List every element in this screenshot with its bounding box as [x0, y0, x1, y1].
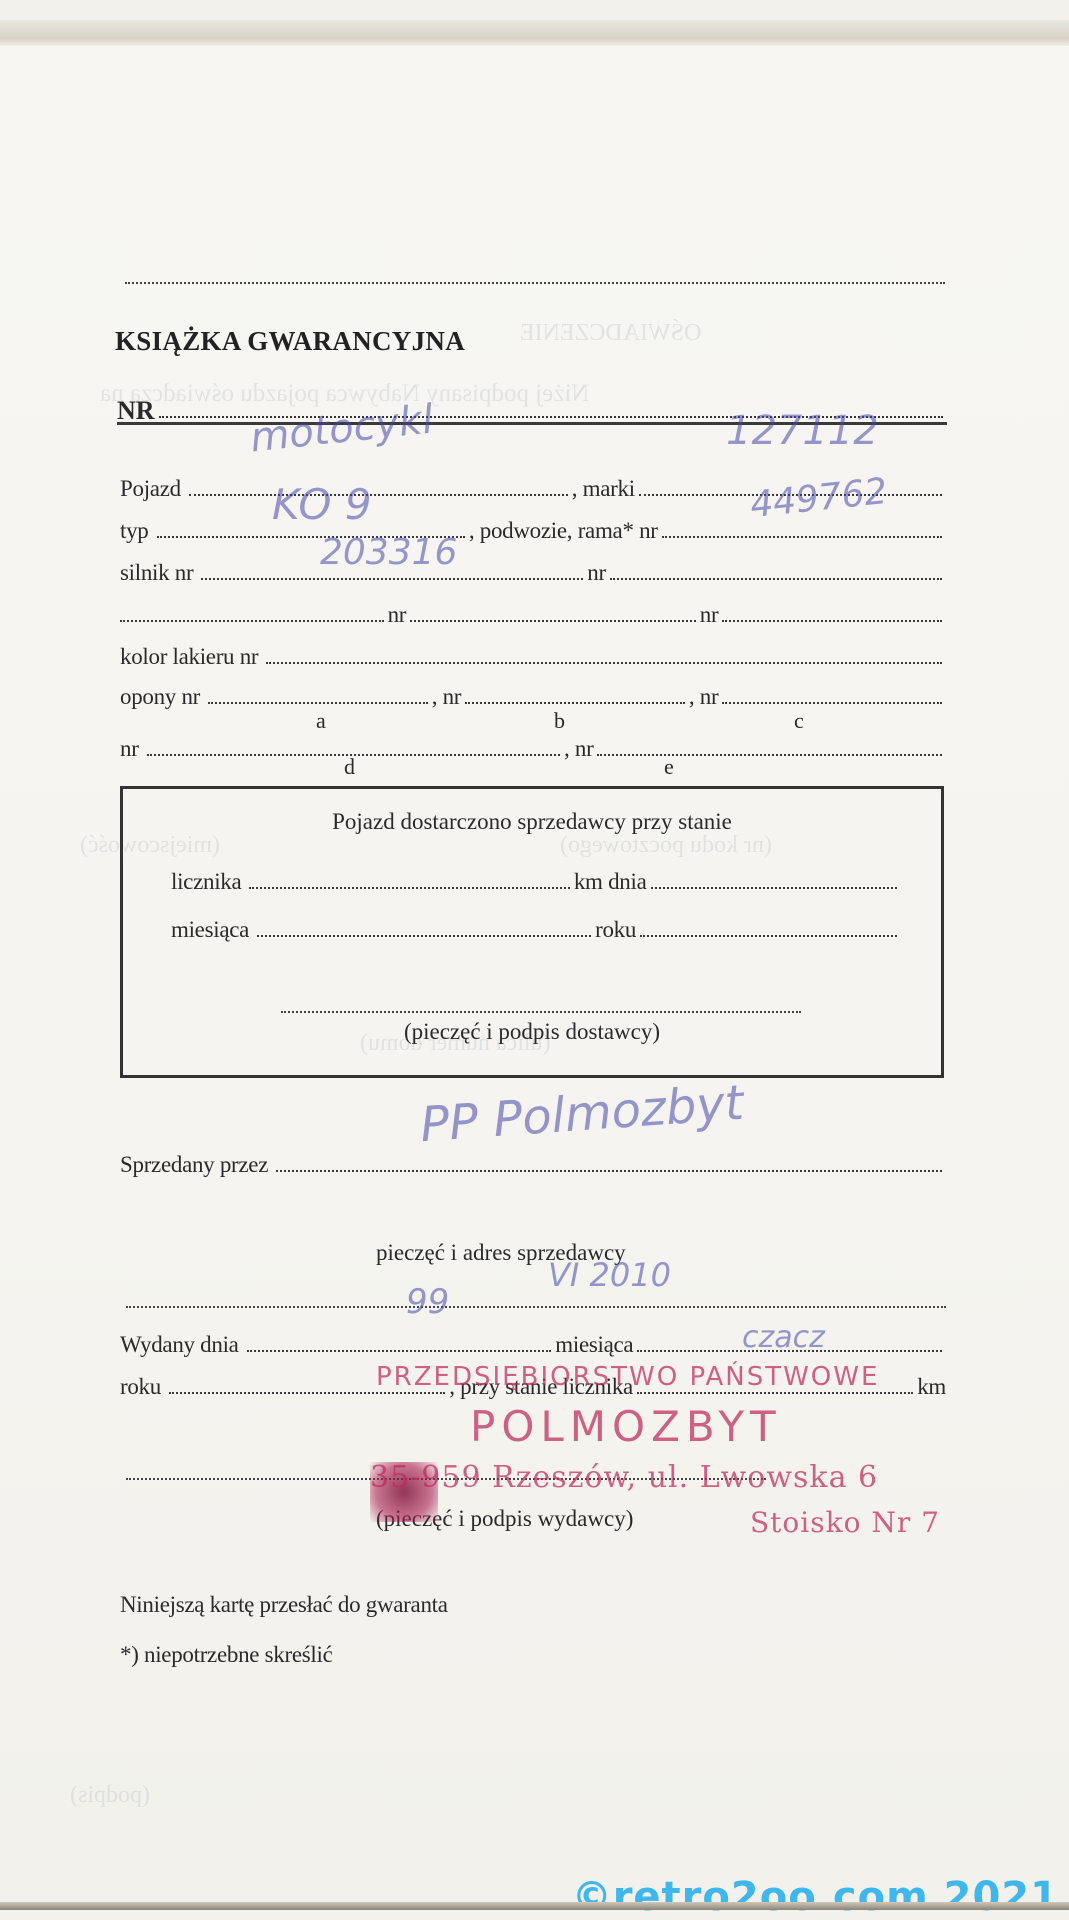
marki-label: , marki: [572, 476, 635, 502]
document-title: KSIĄŻKA GWARANCYJNA: [115, 326, 465, 357]
watermark: ©retro2oo.com 2021: [572, 1874, 1059, 1920]
pojazd-field[interactable]: [189, 476, 568, 496]
row-footnote: *) niepotrzebne skreślić: [120, 1638, 946, 1668]
silnik-label: silnik nr: [120, 560, 197, 586]
footnote-text: *) niepotrzebne skreślić: [120, 1642, 337, 1668]
stamp-line-3: 35-959 Rzeszów, ul. Lwowska 6: [370, 1460, 878, 1495]
dnia-field[interactable]: [651, 869, 898, 889]
issued-year-label: roku: [120, 1374, 165, 1400]
handwritten-issued-month: VI 2010: [548, 1256, 671, 1294]
row-extra-nr: nr nr: [120, 598, 946, 628]
stamp-line-4: Stoisko Nr 7: [750, 1506, 940, 1539]
tire-c-field[interactable]: [722, 684, 942, 704]
nr-field-2[interactable]: [610, 560, 942, 580]
issued-day-field[interactable]: [247, 1332, 552, 1352]
handwritten-silnik: 203316: [320, 532, 457, 573]
row-licznika: licznika km dnia: [171, 865, 901, 895]
page-fold: [0, 20, 1069, 46]
sold-by-label: Sprzedany przez: [120, 1152, 272, 1178]
km-dnia-label: km dnia: [574, 869, 647, 895]
tire-letter-d: d: [344, 754, 355, 780]
ghost-text: OŚWIADCZENIE: [520, 320, 701, 347]
extra-field-3[interactable]: [722, 602, 942, 622]
comma-nr-label: , nr: [564, 736, 593, 762]
tire-d-field[interactable]: [147, 736, 560, 756]
row-opony-2: nr , nr: [120, 732, 946, 762]
row-instruction: Niniejszą kartę przesłać do gwaranta: [120, 1588, 946, 1618]
stamp-line-1: PRZEDSIĘBIORSTWO PAŃSTWOWE: [376, 1362, 879, 1392]
nr-label-2: nr: [587, 560, 606, 586]
typ-label: typ: [120, 518, 153, 544]
opony-label: opony nr: [120, 684, 204, 710]
licznika-label: licznika: [171, 869, 245, 895]
podwozie-label: , podwozie, rama* nr: [469, 518, 658, 544]
comma-nr-label: , nr: [689, 684, 718, 710]
stamp-line-2: POLMOZBYT: [470, 1402, 782, 1451]
supplier-signature-line[interactable]: [281, 1011, 801, 1013]
row-kolor: kolor lakieru nr: [120, 640, 946, 670]
comma-nr-label: , nr: [432, 684, 461, 710]
supplier-signature-caption: (pieczęć i podpis dostawcy): [123, 1019, 941, 1045]
miesiaca-field[interactable]: [257, 917, 591, 937]
km-label: km: [917, 1374, 946, 1400]
handwritten-issued-day: 99: [406, 1282, 449, 1322]
extra-field-1[interactable]: [120, 602, 384, 622]
warranty-card-page: OŚWIADCZENIE Niżej podpisany Nabywca poj…: [0, 20, 1069, 1910]
nr-label-3: nr: [388, 602, 407, 628]
kolor-label: kolor lakieru nr: [120, 644, 262, 670]
tire-b-field[interactable]: [465, 684, 685, 704]
extra-field-2[interactable]: [410, 602, 696, 622]
tire-letter-b: b: [554, 708, 565, 734]
nr-label-4: nr: [700, 602, 719, 628]
delivery-box-title: Pojazd dostarczono sprzedawcy przy stani…: [123, 809, 941, 835]
sold-by-field[interactable]: [276, 1152, 942, 1172]
nr-label-5: nr: [120, 736, 143, 762]
kolor-field[interactable]: [266, 644, 942, 664]
handwritten-typ: KO 9: [272, 480, 372, 529]
miesiaca-label: miesiąca: [171, 917, 253, 943]
tire-letter-e: e: [664, 754, 674, 780]
rama-field[interactable]: [662, 518, 942, 538]
row-opony: opony nr , nr , nr: [120, 680, 946, 710]
handwritten-sold-by: PP Polmozbyt: [418, 1075, 745, 1153]
tire-letter-a: a: [316, 708, 326, 734]
issued-day-label: Wydany dnia: [120, 1332, 243, 1358]
instruction-text: Niniejszą kartę przesłać do gwaranta: [120, 1592, 452, 1618]
handwritten-issued-sig: czacz: [742, 1320, 825, 1355]
row-sold-by: Sprzedany przez: [120, 1148, 946, 1178]
roku-field[interactable]: [640, 917, 897, 937]
top-dotted-line: [125, 282, 945, 284]
row-silnik: silnik nr nr: [120, 556, 946, 586]
seller-address-line[interactable]: [126, 1306, 946, 1308]
issued-month-label: miesiąca: [555, 1332, 633, 1358]
row-miesiaca: miesiąca roku: [171, 913, 901, 943]
licznika-field[interactable]: [249, 869, 569, 889]
delivery-box: Pojazd dostarczono sprzedawcy przy stani…: [120, 786, 944, 1078]
tire-a-field[interactable]: [208, 684, 428, 704]
ghost-text: (podpis): [70, 1782, 150, 1809]
tire-letter-c: c: [794, 708, 804, 734]
tire-e-field[interactable]: [597, 736, 942, 756]
page-bottom-edge: [0, 1902, 1069, 1910]
handwritten-nr: 127112: [726, 408, 879, 454]
roku-label: roku: [595, 917, 636, 943]
pojazd-label: Pojazd: [120, 476, 185, 502]
